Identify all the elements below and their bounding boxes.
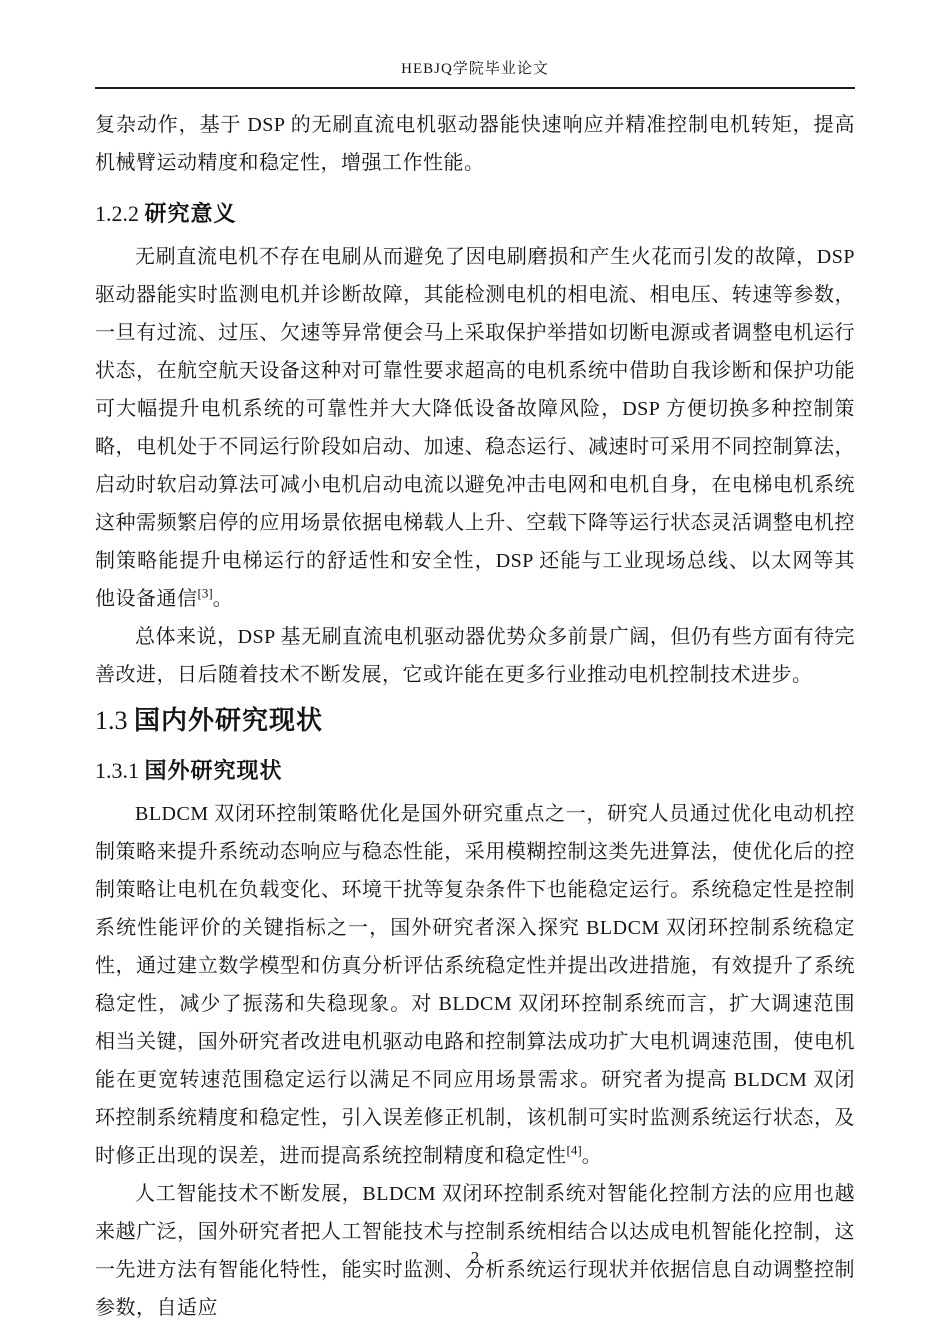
page-footer: 2	[0, 1246, 950, 1270]
document-page: HEBJQ学院毕业论文 复杂动作，基于 DSP 的无刷直流电机驱动器能快速响应并…	[0, 0, 950, 1344]
citation-superscript: [3]	[198, 585, 213, 600]
header-title: HEBJQ学院毕业论文	[401, 61, 549, 77]
page-number: 2	[471, 1248, 480, 1267]
paragraph: 无刷直流电机不存在电刷从而避免了因电刷磨损和产生火花而引发的故障，DSP 驱动器…	[95, 238, 855, 618]
paragraph-text: 复杂动作，基于 DSP 的无刷直流电机驱动器能快速响应并精准控制电机转矩，提高机…	[95, 114, 855, 174]
section-heading: 1.3.1 国外研究现状	[95, 755, 855, 787]
paragraph: BLDCM 双闭环控制策略优化是国外研究重点之一，研究人员通过优化电动机控制策略…	[95, 795, 855, 1175]
section-heading: 1.3 国内外研究现状	[95, 702, 855, 739]
paragraph-text: 。	[213, 588, 234, 610]
heading-number: 1.2.2	[95, 201, 139, 226]
heading-number: 1.3.1	[95, 758, 139, 783]
paragraph-text: 无刷直流电机不存在电刷从而避免了因电刷磨损和产生火花而引发的故障，DSP 驱动器…	[95, 246, 855, 610]
heading-title: 研究意义	[145, 201, 237, 226]
paragraph-text: 。	[582, 1145, 603, 1167]
paragraph: 总体来说，DSP 基无刷直流电机驱动器优势众多前景广阔，但仍有些方面有待完善改进…	[95, 618, 855, 694]
page-header: HEBJQ学院毕业论文	[95, 0, 855, 89]
document-body: 复杂动作，基于 DSP 的无刷直流电机驱动器能快速响应并精准控制电机转矩，提高机…	[95, 89, 855, 1327]
heading-number: 1.3	[95, 706, 128, 735]
paragraph-text: BLDCM 双闭环控制策略优化是国外研究重点之一，研究人员通过优化电动机控制策略…	[95, 803, 855, 1167]
paragraph-text: 总体来说，DSP 基无刷直流电机驱动器优势众多前景广阔，但仍有些方面有待完善改进…	[95, 626, 855, 686]
paragraph: 复杂动作，基于 DSP 的无刷直流电机驱动器能快速响应并精准控制电机转矩，提高机…	[95, 106, 855, 182]
section-heading: 1.2.2 研究意义	[95, 198, 855, 230]
heading-title: 国内外研究现状	[134, 705, 323, 735]
heading-title: 国外研究现状	[145, 758, 283, 783]
citation-superscript: [4]	[567, 1142, 582, 1157]
